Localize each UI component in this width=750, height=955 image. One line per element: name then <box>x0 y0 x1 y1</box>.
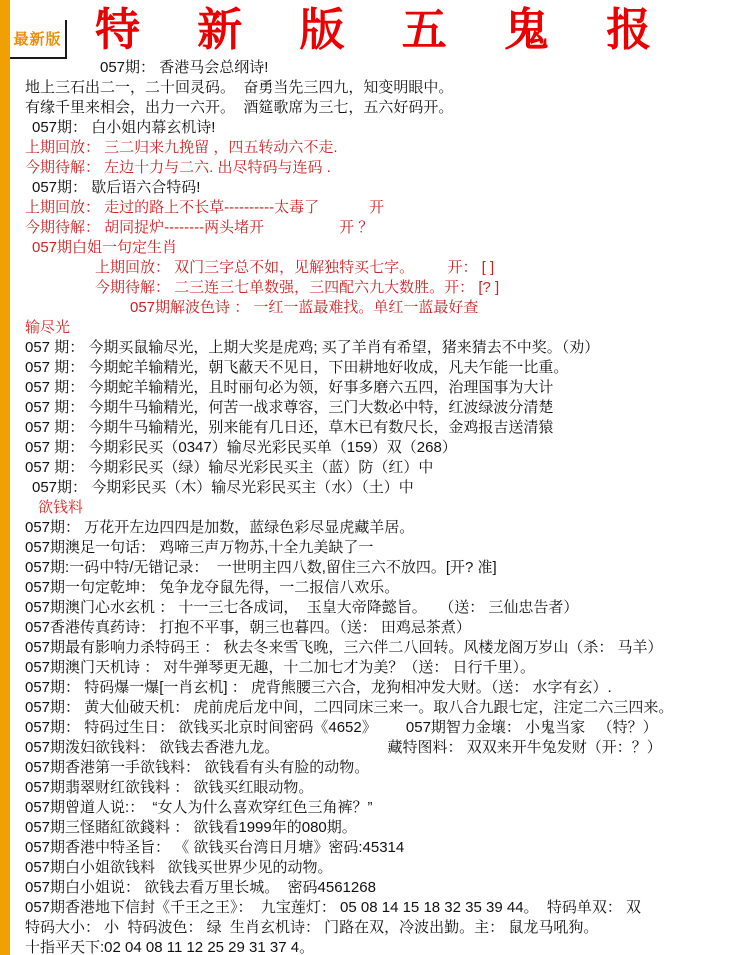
text-line: 上期回放： 三二归来九挽留 ，四五转动六不走. <box>0 138 750 158</box>
text-line: 057期白小姐欲钱料 欲钱买世界少见的动物。 <box>0 858 750 878</box>
text-line: 057期曾道人说:： “女人为什么喜欢穿红色三角裤？” <box>0 798 750 818</box>
text-line: 今期待解： 胡同捉炉--------两头堵开 开 ？ <box>0 218 750 238</box>
text-line: 057 期： 今期蛇羊输精光，朝飞蔽天不见日，下田耕地好收成，凡夫乍能一比重。 <box>0 358 750 378</box>
text-line: 057 期： 今期彩民买（0347）输尽光彩民买单（159）双（268） <box>0 438 750 458</box>
text-line: 今期待解： 左边十力与二六. 出尽特码与连码 . <box>0 158 750 178</box>
text-line: 057期香港地下信封《千王之王》： 九宝莲灯： 05 08 14 15 18 3… <box>0 898 750 918</box>
text-line: 057期： 香港马会总纲诗! <box>0 58 750 78</box>
text-line: 特码大小： 小 特码波色： 绿 生肖玄机诗： 门路在双，冷波出勤。主： 鼠龙马吼… <box>0 918 750 938</box>
text-line: 057期： 特码爆一爆[一肖玄机] ： 虎背熊腰三六合，龙狗相冲发大财。（送： … <box>0 678 750 698</box>
text-line: 057期白小姐说： 欲钱去看万里长城。 密码4561268 <box>0 878 750 898</box>
text-line: 今期待解： 二三连三七单数强，三四配六九大数胜。开： [? ] <box>0 278 750 298</box>
text-line: 057 期： 今期牛马输精光，别来能有几日还，草木已有数尺长，金鸡报吉送清猿 <box>0 418 750 438</box>
text-line: 057期泼妇欲钱料： 欲钱去香港九龙。 藏特图料： 双双来开牛兔发财（开：？） <box>0 738 750 758</box>
text-line: 057期香港中特圣旨： 《 欲钱买台湾日月塘》密码:45314 <box>0 838 750 858</box>
body-text: 057期： 香港马会总纲诗! 地上三石出二一，二十回灵码。 奋勇当先三四九，知变… <box>0 58 750 955</box>
edition-badge-label: 最新版 <box>13 28 61 49</box>
text-line: 057期解波色诗 ： 一红一蓝最难找。单红一蓝最好查 <box>0 298 750 318</box>
text-line: 有缘千里来相会，出力一六开。 酒筵歌席为三七，五六好码开。 <box>0 98 750 118</box>
text-line: 057期:一码中特/无错记录： 一世明主四八数,留住三六不放四。[开? 准] <box>0 558 750 578</box>
text-line: 地上三石出二一，二十回灵码。 奋勇当先三四九，知变明眼中。 <box>0 78 750 98</box>
text-line: 057期澳足一句话： 鸡啼三声万物苏,十全九美缺了一 <box>0 538 750 558</box>
section-header-yuqianliao: 欲钱料 <box>0 498 750 518</box>
text-line: 057期澳门天机诗 ： 对牛弹琴更无趣，十二加七才为美？（送： 日行千里）。 <box>0 658 750 678</box>
text-line: 057 期： 今期牛马输精光，何苦一战求尊容，三门大数必中特，红波绿波分清楚 <box>0 398 750 418</box>
text-line: 057 期： 今期彩民买（绿）输尽光彩民买主（蓝）防（红）中 <box>0 458 750 478</box>
text-line: 057 期： 今期蛇羊输精光，且时丽句必为领，好事多磨六五四，治理国事为大计 <box>0 378 750 398</box>
text-line: 057 期： 今期买鼠输尽光，上期大奖是虎鸡; 买了羊肖有希望，猪来猜去不中奖。… <box>0 338 750 358</box>
text-line: 十指平天下:02 04 08 11 12 25 29 31 37 4。 <box>0 938 750 955</box>
text-line: 上期回放： 走过的路上不长草----------太毒了 开 <box>0 198 750 218</box>
text-line: 057期翡翠财红欲钱料 ： 欲钱买红眼动物。 <box>0 778 750 798</box>
text-line: 057期澳门心水玄机 ： 十一三七各成词， 玉皇大帝降懿旨。 （送： 三仙忠告者… <box>0 598 750 618</box>
text-line: 057期最有影响力杀特码王 ： 秋去冬来雪飞晚，三六伴二八回转。风楼龙阁万岁山（… <box>0 638 750 658</box>
text-line: 057期： 今期彩民买（木）输尽光彩民买主（水）（土）中 <box>0 478 750 498</box>
text-line: 057期香港第一手欲钱料： 欲钱看有头有脸的动物。 <box>0 758 750 778</box>
text-line: 057期： 特码过生日： 欲钱买北京时间密码《4652》 057期智力金壤： 小… <box>0 718 750 738</box>
text-line: 057期： 歇后语六合特码! <box>0 178 750 198</box>
edition-badge: 最新版 <box>10 20 67 59</box>
text-line: 057期： 白小姐内幕玄机诗! <box>0 118 750 138</box>
text-line: 057期白姐一句定生肖 <box>0 238 750 258</box>
section-header-shujinguang: 输尽光 <box>0 318 750 338</box>
text-line: 上期回放： 双门三字总不如，见解独特买七字。 开： [ ] <box>0 258 750 278</box>
text-line: 057期： 黄大仙破天机： 虎前虎后龙中间，二四同床三来一。取八合九跟七定，注定… <box>0 698 750 718</box>
text-line: 057期三怪賭紅欲錢料 ： 欲钱看1999年的080期。 <box>0 818 750 838</box>
page-title: 特 新 版 五 鬼 报 <box>95 2 674 58</box>
text-line: 057期： 万花开左边四四是加数，蓝绿色彩尽显虎藏羊居。 <box>0 518 750 538</box>
text-line: 057香港传真药诗： 打抱不平事，朝三也暮四。（送： 田鸡忌茶煮） <box>0 618 750 638</box>
text-line: 057期一句定乾坤： 兔争龙夺鼠先得，一二报信八欢乐。 <box>0 578 750 598</box>
